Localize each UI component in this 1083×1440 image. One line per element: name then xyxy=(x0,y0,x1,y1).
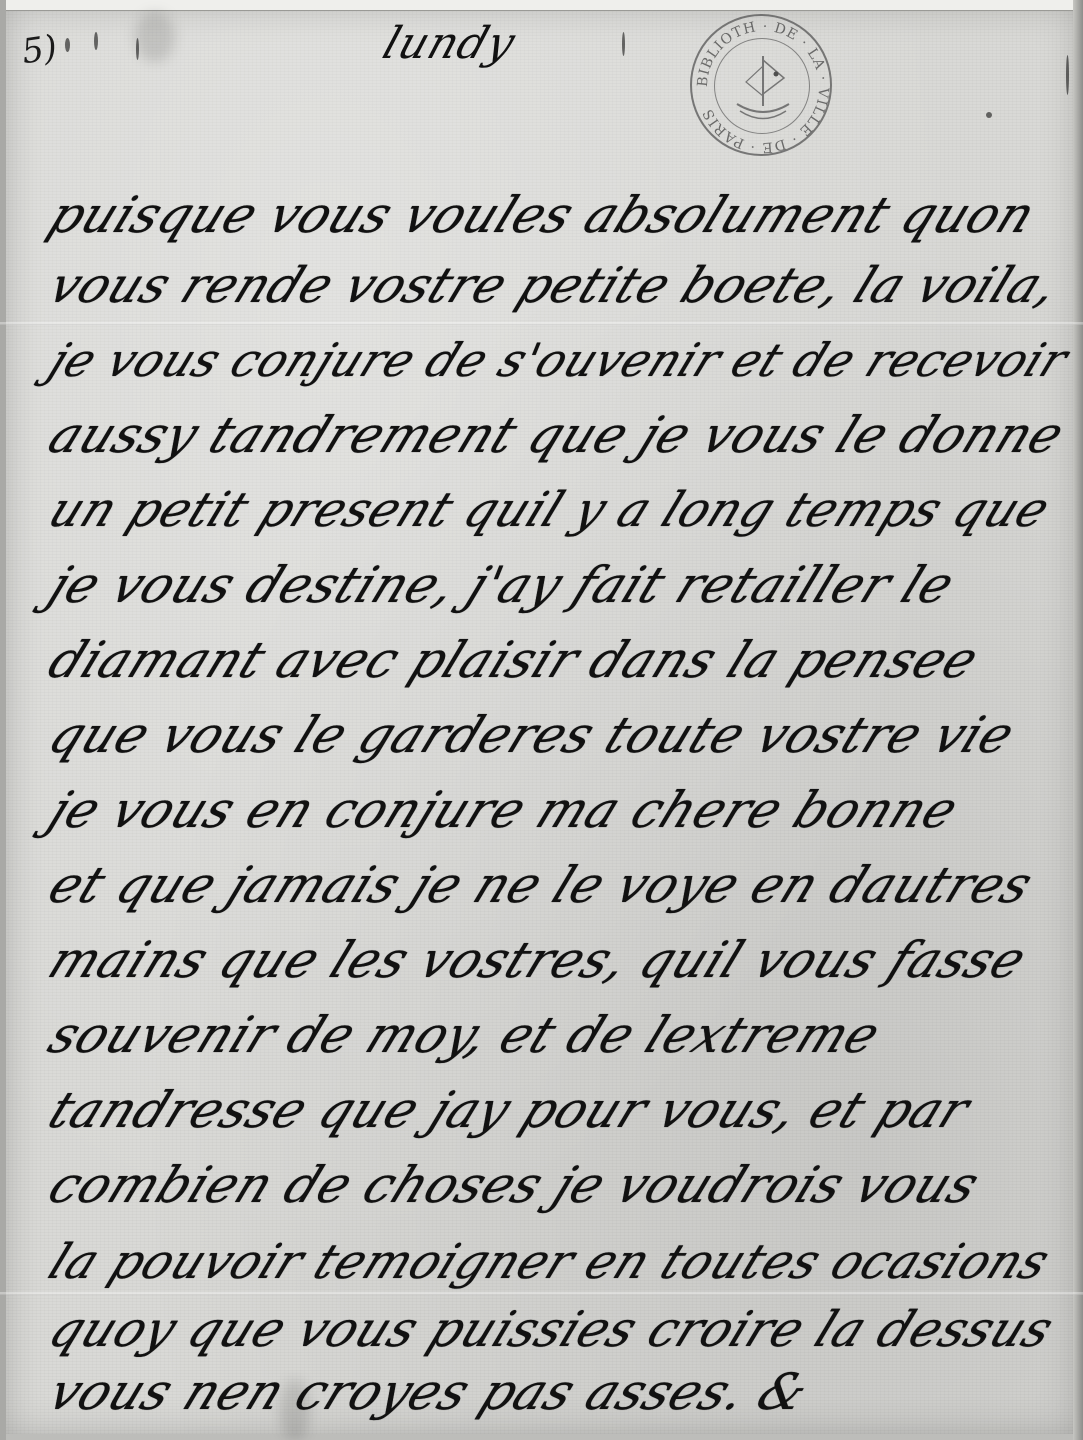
letter-line-2: vous rende vostre petite boete, la voila… xyxy=(40,256,1077,316)
letter-line-1: puisque vous voules absolument quon xyxy=(40,185,1077,245)
paper-right-edge xyxy=(1073,0,1083,1440)
ink-speck xyxy=(622,32,625,56)
folio-number: 5) xyxy=(19,28,59,72)
letter-line-7: diamant avec plaisir dans la pensee xyxy=(40,630,1077,690)
letter-line-5: un petit present quil y a long temps que xyxy=(40,480,1077,540)
letter-line-6: je vous destine, j'ay fait retailler le xyxy=(40,555,1077,615)
paper-left-edge xyxy=(0,0,6,1440)
letter-line-15: la pouvoir temoigner en toutes ocasions xyxy=(40,1232,1077,1292)
letter-line-10: et que jamais je ne le voye en dautres xyxy=(40,855,1077,915)
letter-line-11: mains que les vostres, quil vous fasse xyxy=(40,930,1077,990)
paper-fold-line xyxy=(0,322,1083,325)
letter-line-17: vous nen croyes pas asses. & xyxy=(40,1362,1077,1422)
letter-line-16: quoy que vous puissies croire la dessus xyxy=(40,1300,1077,1360)
stamp-emblem-icon: BIBLIOTH · DE · LA · VILLE · DE · PARIS xyxy=(692,16,834,158)
ink-speck xyxy=(986,112,992,118)
letter-line-12: souvenir de moy, et de lextreme xyxy=(40,1005,1077,1065)
ink-speck xyxy=(1066,55,1069,95)
letter-line-9: je vous en conjure ma chere bonne xyxy=(40,780,1077,840)
ink-speck xyxy=(94,32,98,50)
letter-line-3: je vous conjure de s'ouvenir et de recev… xyxy=(40,330,1077,390)
letter-line-8: que vous le garderes toute vostre vie xyxy=(40,705,1077,765)
manuscript-page: 5) lundy BIBLIOTH · DE · LA · VILLE · DE… xyxy=(0,0,1083,1440)
paper-top-edge xyxy=(0,0,1083,11)
ink-speck xyxy=(136,38,139,60)
paper-fold-line xyxy=(0,1292,1083,1295)
letter-line-14: combien de choses je voudrois vous xyxy=(40,1155,1077,1215)
ink-stain xyxy=(135,12,175,62)
letter-line-13: tandresse que jay pour vous, et par xyxy=(40,1080,1077,1140)
ink-speck xyxy=(65,38,70,52)
letter-heading: lundy xyxy=(377,18,522,69)
library-stamp: BIBLIOTH · DE · LA · VILLE · DE · PARIS xyxy=(690,14,832,156)
letter-line-4: aussy tandrement que je vous le donne xyxy=(40,405,1077,465)
